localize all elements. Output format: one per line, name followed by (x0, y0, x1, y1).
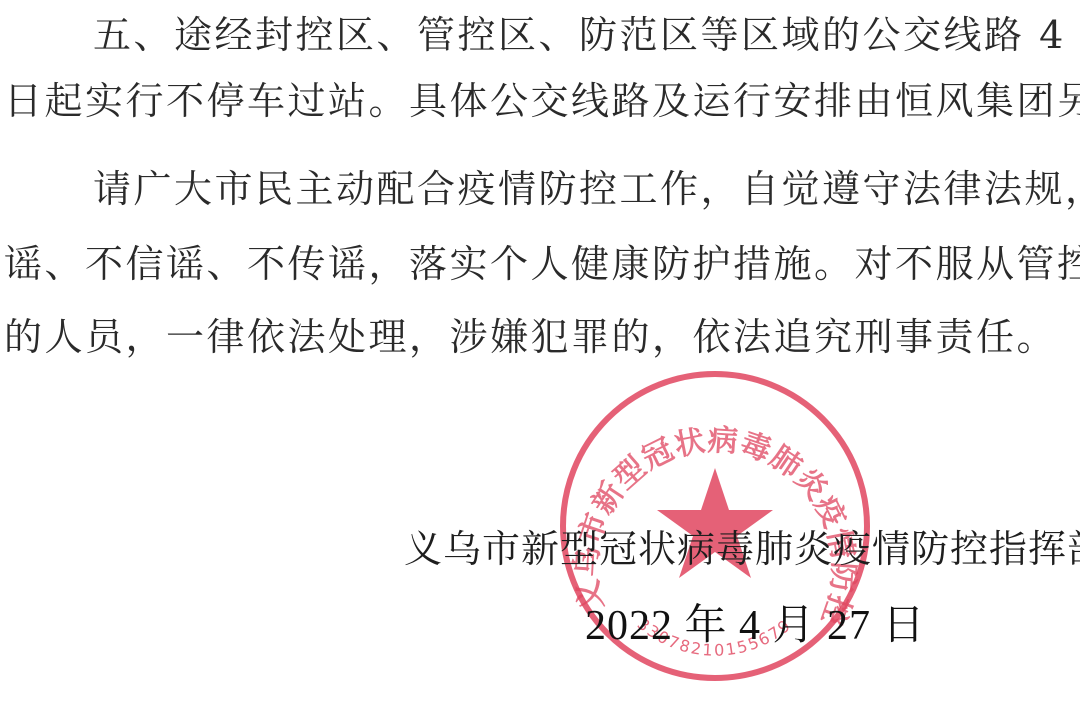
paragraph-6-line-3: 的人员，一律依法处理，涉嫌犯罪的，依法追究刑事责任。 (4, 318, 1057, 356)
paragraph-6-line-1: 请广大市民主动配合疫情防控工作，自觉遵守法律法规，不造 (12, 170, 1080, 208)
paragraph-5-line-1: 五、途经封控区、管控区、防范区等区域的公交线路 4 月 27 (12, 16, 1080, 54)
paragraph-6-line-2: 谣、不信谣、不传谣，落实个人健康防护措施。对不服从管控措施 (4, 245, 1080, 283)
issue-date: 2022 年 4 月 27 日 (585, 605, 926, 647)
paragraph-5-line-2: 日起实行不停车过站。具体公交线路及运行安排由恒风集团另行公告。 (4, 82, 1080, 120)
issuer-name: 义乌市新型冠状病毒肺炎疫情防控指挥部 (404, 530, 1080, 568)
stamp-arc-text: 义乌市新型冠状病毒肺炎疫情防控指挥部 (555, 366, 861, 631)
